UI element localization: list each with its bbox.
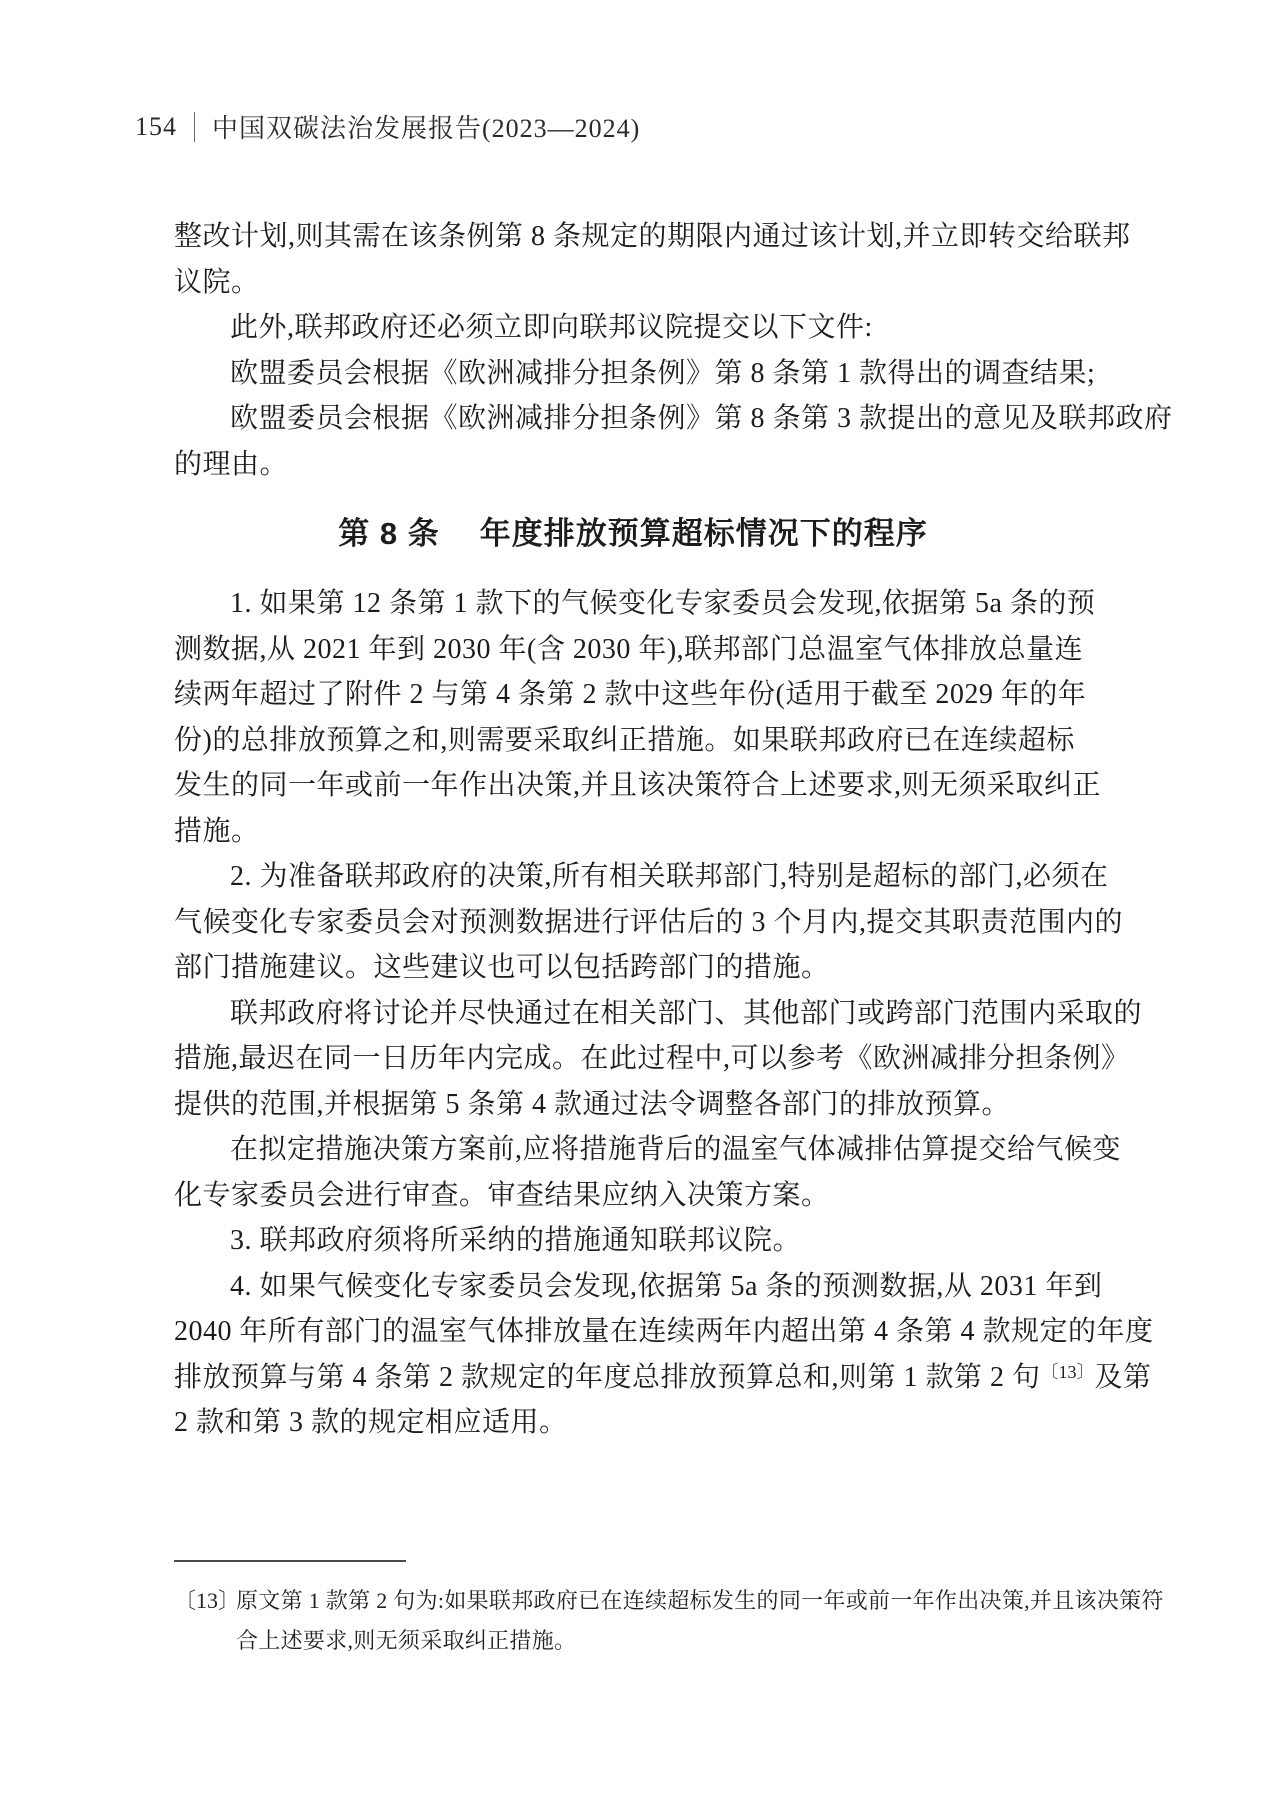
text-line: 测数据,从 2021 年到 2030 年(含 2030 年),联邦部门总温室气体… <box>174 627 1092 673</box>
text-line: 气候变化专家委员会对预测数据进行评估后的 3 个月内,提交其职责范围内的 <box>174 900 1092 946</box>
header-divider <box>194 112 195 142</box>
text-line: 提供的范围,并根据第 5 条第 4 款通过法令调整各部门的排放预算。 <box>174 1082 1092 1128</box>
footnote-text: 原文第 1 款第 2 句为:如果联邦政府已在连续超标发生的同一年或前一年作出决策… <box>236 1581 1164 1661</box>
article-heading: 第 8 条年度排放预算超标情况下的程序 <box>174 511 1092 557</box>
body-text: 整改计划,则其需在该条例第 8 条规定的期限内通过该计划,并立即转交给联邦 议院… <box>174 214 1092 1446</box>
article-title: 年度排放预算超标情况下的程序 <box>480 516 928 551</box>
text-line: 份)的总排放预算之和,则需要采取纠正措施。如果联邦政府已在连续超标 <box>174 718 1092 764</box>
article-number: 第 8 条 <box>338 516 439 551</box>
text-line: 措施。 <box>174 809 1092 855</box>
text-line: 议院。 <box>174 260 1092 306</box>
footnote-ref: 〔13〕 <box>1041 1362 1095 1382</box>
text-line: 2. 为准备联邦政府的决策,所有相关联邦部门,特别是超标的部门,必须在 <box>174 854 1092 900</box>
text-line: 措施,最迟在同一日历年内完成。在此过程中,可以参考《欧洲减排分担条例》 <box>174 1036 1092 1082</box>
footnote-line: 原文第 1 款第 2 句为:如果联邦政府已在连续超标发生的同一年或前一年作出决策… <box>236 1581 1164 1621</box>
book-page: 154 中国双碳法治发展报告(2023—2024) 整改计划,则其需在该条例第 … <box>0 0 1269 1804</box>
text-line: 欧盟委员会根据《欧洲减排分担条例》第 8 条第 3 款提出的意见及联邦政府 <box>174 396 1092 442</box>
footnote-separator-rule <box>174 1560 406 1562</box>
footnote-marker: 〔13〕 <box>174 1581 236 1661</box>
text-line: 化专家委员会进行审查。审查结果应纳入决策方案。 <box>174 1173 1092 1219</box>
text-line: 续两年超过了附件 2 与第 4 条第 2 款中这些年份(适用于截至 2029 年… <box>174 672 1092 718</box>
page-number: 154 <box>135 112 177 142</box>
text-line: 在拟定措施决策方案前,应将措施背后的温室气体减排估算提交给气候变 <box>174 1127 1092 1173</box>
text-line: 联邦政府将讨论并尽快通过在相关部门、其他部门或跨部门范围内采取的 <box>174 991 1092 1037</box>
text-line: 整改计划,则其需在该条例第 8 条规定的期限内通过该计划,并立即转交给联邦 <box>174 214 1092 260</box>
text-line: 欧盟委员会根据《欧洲减排分担条例》第 8 条第 1 款得出的调查结果; <box>174 351 1092 397</box>
text-segment: 及第 <box>1095 1362 1152 1393</box>
running-head: 154 中国双碳法治发展报告(2023—2024) <box>135 108 640 145</box>
text-line: 发生的同一年或前一年作出决策,并且该决策符合上述要求,则无须采取纠正 <box>174 763 1092 809</box>
text-line: 此外,联邦政府还必须立即向联邦议院提交以下文件: <box>174 305 1092 351</box>
footnote: 〔13〕 原文第 1 款第 2 句为:如果联邦政府已在连续超标发生的同一年或前一… <box>174 1581 1120 1661</box>
text-line: 1. 如果第 12 条第 1 款下的气候变化专家委员会发现,依据第 5a 条的预 <box>174 581 1092 627</box>
text-segment: 排放预算与第 4 条第 2 款规定的年度总排放预算总和,则第 1 款第 2 句 <box>174 1362 1041 1393</box>
text-line: 3. 联邦政府须将所采纳的措施通知联邦议院。 <box>174 1218 1092 1264</box>
book-title: 中国双碳法治发展报告(2023—2024) <box>212 108 640 145</box>
text-line: 4. 如果气候变化专家委员会发现,依据第 5a 条的预测数据,从 2031 年到 <box>174 1264 1092 1310</box>
text-line: 的理由。 <box>174 442 1092 488</box>
text-line-with-footnote-ref: 排放预算与第 4 条第 2 款规定的年度总排放预算总和,则第 1 款第 2 句〔… <box>174 1355 1092 1401</box>
text-line: 2040 年所有部门的温室气体排放量在连续两年内超出第 4 条第 4 款规定的年… <box>174 1309 1092 1355</box>
text-line: 部门措施建议。这些建议也可以包括跨部门的措施。 <box>174 945 1092 991</box>
text-line: 2 款和第 3 款的规定相应适用。 <box>174 1400 1092 1446</box>
footnote-line: 合上述要求,则无须采取纠正措施。 <box>236 1621 1164 1661</box>
